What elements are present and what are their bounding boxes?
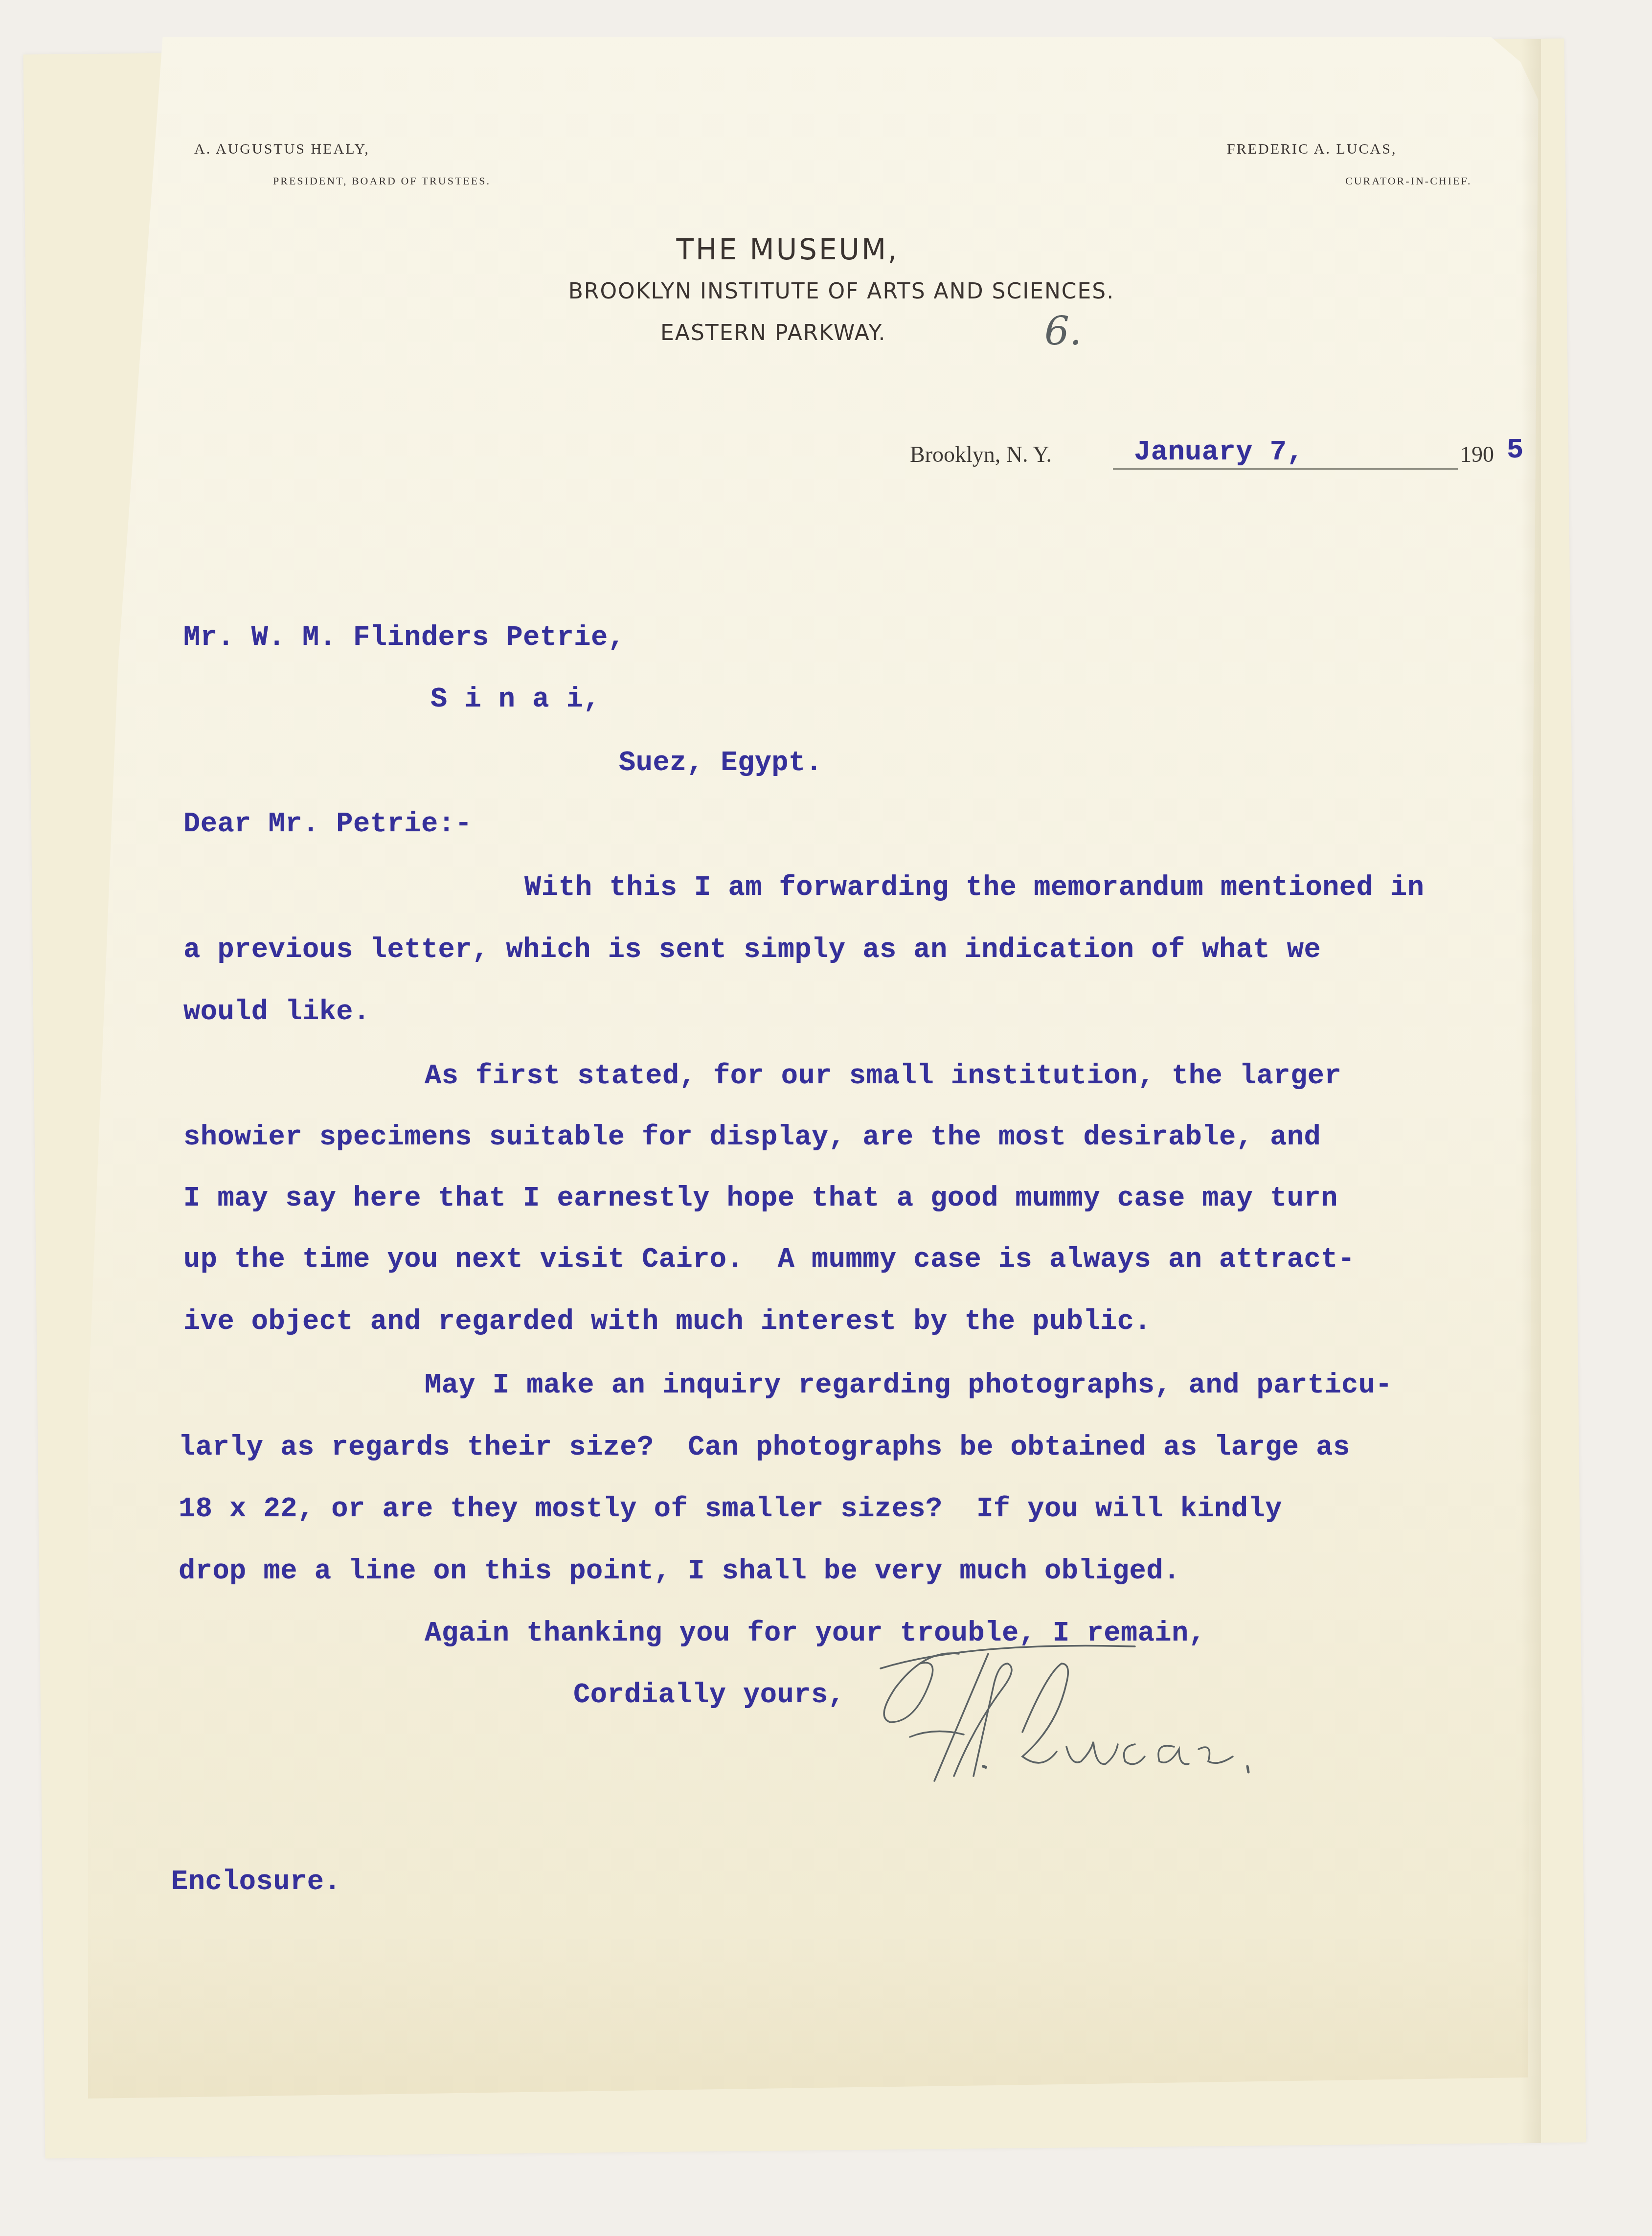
letterhead-curator-title: Curator-in-Chief. xyxy=(1345,175,1471,187)
year-typed: 5 xyxy=(1507,435,1524,466)
date-typed: January 7, xyxy=(1134,437,1304,468)
body-line-9: May I make an inquiry regarding photogra… xyxy=(425,1370,1392,1401)
body-line-4: As first stated, for our small instituti… xyxy=(425,1061,1341,1092)
salutation: Dear Mr. Petrie:- xyxy=(183,809,472,840)
recipient-name: Mr. W. M. Flinders Petrie, xyxy=(183,622,625,654)
body-line-10: larly as regards their size? Can photogr… xyxy=(179,1432,1350,1463)
recipient-location-sinai: S i n a i, xyxy=(430,684,600,715)
handwritten-page-number: 6. xyxy=(1044,308,1082,354)
body-line-8: ive object and regarded with much intere… xyxy=(183,1306,1151,1338)
svg-text:F. A. Lucas.: F. A. Lucas. xyxy=(861,1644,864,1644)
letterhead-president-name: A. Augustus Healy, xyxy=(194,141,370,158)
body-line-7: up the time you next visit Cairo. A mumm… xyxy=(183,1244,1355,1276)
letterhead-president-title: President, Board of Trustees. xyxy=(273,175,491,187)
date-underline xyxy=(1113,468,1458,470)
masthead-institute: BROOKLYN INSTITUTE OF ARTS AND SCIENCES. xyxy=(499,279,1184,304)
masthead-address: EASTERN PARKWAY. xyxy=(660,320,1052,345)
body-line-3: would like. xyxy=(183,997,370,1028)
valediction: Cordially yours, xyxy=(573,1680,845,1711)
paper-edge-shadow xyxy=(1521,39,1541,2143)
body-line-2: a previous letter, which is sent simply … xyxy=(183,935,1321,966)
dateline-place: Brooklyn, N. Y. xyxy=(910,441,1052,467)
body-line-12: drop me a line on this point, I shall be… xyxy=(179,1556,1180,1587)
handwritten-signature: F. A. Lucas. xyxy=(861,1644,1326,1791)
masthead-title: THE MUSEUM, xyxy=(567,233,1008,266)
recipient-location-suez: Suez, Egypt. xyxy=(619,748,822,779)
body-line-1: With this I am forwarding the memorandum… xyxy=(524,872,1424,904)
year-printed: 190 xyxy=(1460,441,1494,467)
body-line-11: 18 x 22, or are they mostly of smaller s… xyxy=(179,1494,1282,1525)
body-line-5: showier specimens suitable for display, … xyxy=(183,1122,1321,1153)
letterhead-curator-name: Frederic A. Lucas, xyxy=(1227,141,1397,158)
enclosure-note: Enclosure. xyxy=(171,1867,341,1898)
body-line-6: I may say here that I earnestly hope tha… xyxy=(183,1183,1338,1214)
